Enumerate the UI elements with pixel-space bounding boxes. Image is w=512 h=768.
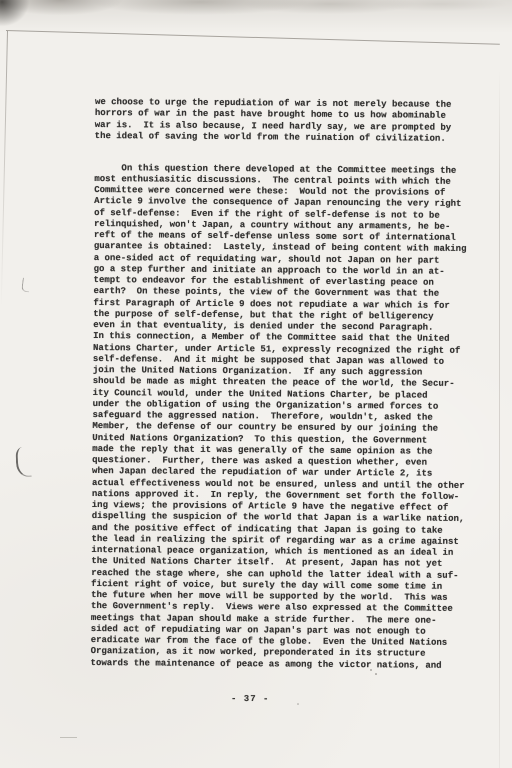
- paragraph-2: On this question there developed at the …: [91, 162, 497, 671]
- scan-artifact-top-band: [0, 0, 512, 60]
- ink-speck: [297, 703, 299, 705]
- page-edge-left: [0, 31, 8, 321]
- scanned-page: we choose to urge the repudiation of war…: [0, 0, 512, 768]
- ink-speck: [375, 673, 377, 675]
- page-number: - 37 -: [231, 694, 269, 704]
- faint-scan-dash: [60, 737, 77, 738]
- pencil-mark-parenthesis: [15, 447, 32, 478]
- paragraph-1: we choose to urge the repudiation of war…: [95, 97, 497, 145]
- pencil-mark-small: [21, 278, 31, 293]
- document-text: we choose to urge the repudiation of war…: [91, 97, 497, 672]
- ink-speck: [370, 669, 372, 671]
- page-edge-right: [499, 70, 500, 768]
